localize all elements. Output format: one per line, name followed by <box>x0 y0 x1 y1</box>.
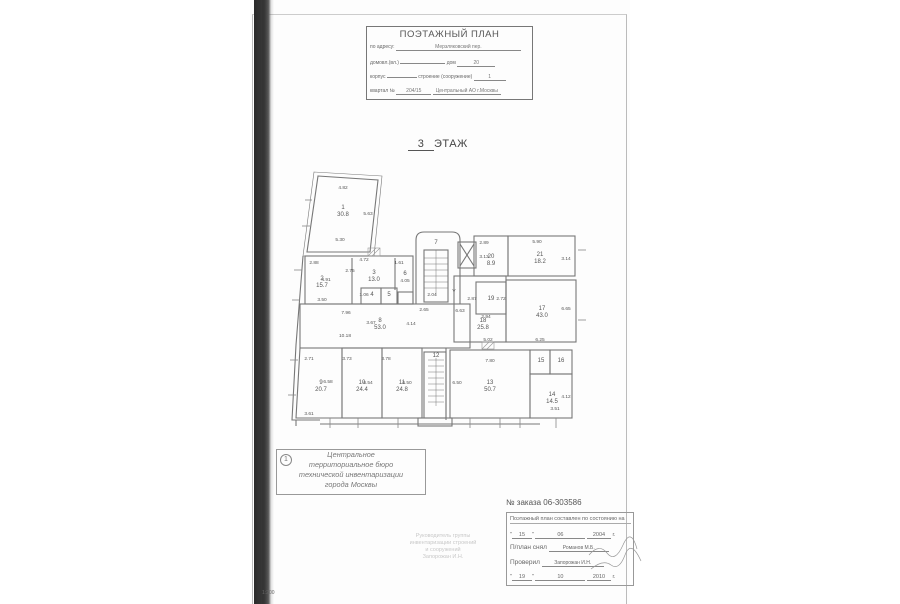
dimension-label: V <box>452 288 456 294</box>
signature-scribble <box>585 535 645 575</box>
dimension-label: 5.30 <box>335 237 345 243</box>
faint-line-3: и сооружений <box>398 547 488 554</box>
room-area: 13.0 <box>368 277 380 283</box>
check-day: 19 <box>512 574 532 581</box>
dimension-label: 6.58 <box>323 379 333 385</box>
dimension-label: 3.50 <box>317 297 327 303</box>
dimension-label: 4.91 <box>321 277 331 283</box>
faint-line-2: инвентаризации строений <box>398 540 488 547</box>
bti-stamp: 1 Центральное территориальное бюро техни… <box>276 449 426 495</box>
check-year: 2010 <box>587 574 611 581</box>
dimension-label: 6.50 <box>402 380 412 386</box>
room-area: 43.0 <box>536 313 548 319</box>
room-area: 8.9 <box>487 261 496 267</box>
signoff-block: Поэтажный план составлен по состоянию на… <box>506 512 634 586</box>
state-month: 06 <box>535 532 585 539</box>
dimension-label: 6.63 <box>455 308 465 314</box>
room-area: 14.5 <box>546 399 558 405</box>
dimension-label: 7.96 <box>341 310 351 316</box>
dimension-label: 2.94 <box>481 314 491 320</box>
stamp-line-3: технической инвентаризации <box>277 470 425 480</box>
dimension-label: 6.54 <box>363 380 373 386</box>
room-number: 16 <box>558 358 565 364</box>
dimension-label: 2.88 <box>309 260 319 266</box>
dimension-label: 2.87 <box>467 296 477 302</box>
stamp-line-4: города Москвы <box>277 480 425 490</box>
room-number: 17 <box>539 306 546 312</box>
dimension-label: 3.51 <box>550 406 560 412</box>
room-number: 14 <box>549 392 556 398</box>
dimension-label: 3.14 <box>561 256 571 262</box>
room-area: 24.4 <box>356 387 368 393</box>
dimension-label: 1.06 <box>359 292 369 298</box>
dimension-label: 6.25 <box>535 337 545 343</box>
faint-line-4: Запорожан И.Н. <box>398 554 488 561</box>
room-number: 7 <box>434 240 438 246</box>
room-area: 18.2 <box>534 259 546 265</box>
room-number: 6 <box>403 271 407 277</box>
dimension-label: 2.75 <box>345 268 355 274</box>
room-number: 15 <box>538 358 545 364</box>
room-number: 21 <box>537 252 544 258</box>
drawn-label: П/план снял <box>510 544 547 551</box>
dimension-label: 4.14 <box>406 321 416 327</box>
dimension-label: 3.67 <box>366 320 376 326</box>
dimension-label: 2.04 <box>427 292 437 298</box>
dimension-label: 7.80 <box>485 358 495 364</box>
room-number: 8 <box>378 318 382 324</box>
room-number: 20 <box>488 254 495 260</box>
room-number: 3 <box>372 270 376 276</box>
room-number: 19 <box>488 296 495 302</box>
stamp-line-2: территориальное бюро <box>277 460 425 470</box>
scale-label: 1:200 <box>262 590 275 596</box>
stamp-line-1: Центральное <box>277 450 425 460</box>
dimension-label: 5.90 <box>532 239 542 245</box>
dimension-label: 3.73 <box>342 356 352 362</box>
dimension-label: 5.02 <box>483 337 493 343</box>
room-area: 15.7 <box>316 283 328 289</box>
dimension-label: 4.05 <box>400 278 410 284</box>
stamp-number: 1 <box>280 454 292 466</box>
room-number: 4 <box>370 292 374 298</box>
dimension-label: 3.78 <box>381 356 391 362</box>
room-number: 13 <box>487 380 494 386</box>
dimension-label: 6.50 <box>452 380 462 386</box>
order-number: № заказа 06-303586 <box>506 498 582 507</box>
dimension-label: 2.71 <box>304 356 314 362</box>
check-month: 10 <box>535 574 585 581</box>
checked-label: Проверил <box>510 559 540 566</box>
room-number: 1 <box>341 205 345 211</box>
check-date: "19" 10 2010 г. <box>510 574 631 581</box>
dimension-label: 3.13 <box>479 254 489 260</box>
dimension-label: 2.89 <box>479 240 489 246</box>
faint-stamp: Руководитель группы инвентаризации строе… <box>398 533 488 561</box>
dimension-label: 5.63 <box>363 211 373 217</box>
room-area: 24.8 <box>396 387 408 393</box>
dimension-label: 10.18 <box>339 333 351 339</box>
dimension-label: 4.72 <box>359 257 369 263</box>
state-label: Поэтажный план составлен по состоянию на <box>510 516 631 522</box>
dimension-label: 4.12 <box>561 394 571 400</box>
room-area: 53.0 <box>374 325 386 331</box>
floor-plan: 130.8215.7313.04567853.0920.71024.41124.… <box>0 0 900 604</box>
dimension-label: 6.65 <box>561 306 571 312</box>
room-area: 25.8 <box>477 325 489 331</box>
dimension-label: 4.82 <box>338 185 348 191</box>
room-number: 12 <box>433 353 440 359</box>
room-area: 20.7 <box>315 387 327 393</box>
dimension-label: 2.72 <box>496 296 506 302</box>
state-day: 15 <box>512 532 532 539</box>
dimension-label: 1.61 <box>394 260 404 266</box>
room-area: 30.8 <box>337 212 349 218</box>
dimension-label: 2.65 <box>419 307 429 313</box>
room-area: 50.7 <box>484 387 496 393</box>
room-number: 5 <box>387 292 391 298</box>
faint-line-1: Руководитель группы <box>398 533 488 540</box>
dimension-label: 3.61 <box>304 411 314 417</box>
